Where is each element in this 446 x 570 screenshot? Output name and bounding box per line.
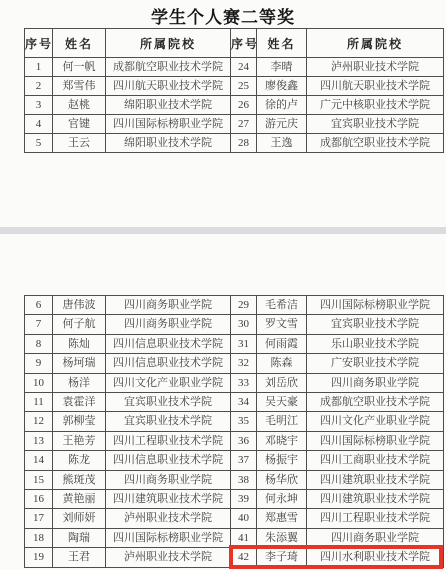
- name-cell: 王君: [53, 548, 106, 567]
- name-cell: 李晴: [257, 58, 307, 77]
- school-cell: 四川建筑职业技术学院: [307, 470, 444, 489]
- school-cell: 四川国际标榜职业学院: [307, 431, 444, 450]
- school-cell: 四川建筑职业技术学院: [106, 490, 231, 509]
- table-row: 3 赵桃 绵阳职业技术学院 26 徐的卢 广元中核职业技术学院: [25, 96, 444, 115]
- serial-number-cell: 4: [25, 115, 53, 134]
- school-cell: 绵阳职业技术学院: [106, 134, 231, 153]
- school-cell: 四川商务职业学院: [106, 296, 231, 315]
- name-cell: 郑雪伟: [53, 77, 106, 96]
- name-cell: 唐伟波: [53, 296, 106, 315]
- serial-number-cell: 11: [25, 393, 53, 412]
- header-school-left: 所属院校: [106, 29, 231, 58]
- name-cell: 熊斑茂: [53, 470, 106, 489]
- serial-number-cell: 7: [25, 315, 53, 334]
- school-cell: 四川商务职业学院: [106, 315, 231, 334]
- school-cell: 广安职业技术学院: [307, 354, 444, 373]
- name-cell: 徐的卢: [257, 96, 307, 115]
- school-cell: 四川信息职业技术学院: [106, 334, 231, 353]
- serial-number-cell: 42: [231, 548, 257, 567]
- school-cell: 绵阳职业技术学院: [106, 96, 231, 115]
- name-cell: 王逸: [257, 134, 307, 153]
- school-cell: 宜宾职业技术学院: [307, 315, 444, 334]
- table-body-page1: 1 何一帆 成都航空职业技术学院 24 李晴 泸州职业技术学院 2 郑雪伟 四川…: [25, 58, 444, 153]
- page-title: 学生个人赛二等奖: [0, 3, 446, 28]
- serial-number-cell: 27: [231, 115, 257, 134]
- school-cell: 泸州职业技术学院: [106, 509, 231, 528]
- serial-number-cell: 8: [25, 334, 53, 353]
- name-cell: 郭柳莹: [53, 412, 106, 431]
- serial-number-cell: 10: [25, 373, 53, 392]
- table-row: 7 何子航 四川商务职业学院 30 罗文雪 宜宾职业技术学院: [25, 315, 444, 334]
- school-cell: 四川水利职业技术学院: [307, 548, 444, 567]
- serial-number-cell: 13: [25, 431, 53, 450]
- school-cell: 四川建筑职业技术学院: [307, 490, 444, 509]
- school-cell: 四川商务职业学院: [307, 373, 444, 392]
- serial-number-cell: 29: [231, 296, 257, 315]
- header-name-right: 姓名: [257, 29, 307, 58]
- name-cell: 杨华欣: [257, 470, 307, 489]
- name-cell: 陈龙: [53, 451, 106, 470]
- serial-number-cell: 3: [25, 96, 53, 115]
- school-cell: 广元中核职业技术学院: [307, 96, 444, 115]
- serial-number-cell: 15: [25, 470, 53, 489]
- school-cell: 四川航天职业技术学院: [106, 77, 231, 96]
- serial-number-cell: 34: [231, 393, 257, 412]
- name-cell: 邓晓宇: [257, 431, 307, 450]
- school-cell: 四川文化产业职业学院: [106, 373, 231, 392]
- name-cell: 杨洋: [53, 373, 106, 392]
- name-cell: 陈森: [257, 354, 307, 373]
- name-cell: 吴天豪: [257, 393, 307, 412]
- serial-number-cell: 16: [25, 490, 53, 509]
- serial-number-cell: 32: [231, 354, 257, 373]
- school-cell: 泸州职业技术学院: [106, 548, 231, 567]
- name-cell: 罗文雪: [257, 315, 307, 334]
- name-cell: 何子航: [53, 315, 106, 334]
- name-cell: 何一帆: [53, 58, 106, 77]
- name-cell: 黄艳丽: [53, 490, 106, 509]
- serial-number-cell: 12: [25, 412, 53, 431]
- table-row: 2 郑雪伟 四川航天职业技术学院 25 廖俊鑫 四川航天职业技术学院: [25, 77, 444, 96]
- table-row: 17 刘师妍 泸州职业技术学院 40 郑惠雪 四川工程职业技术学院: [25, 509, 444, 528]
- page-separator: [0, 227, 446, 234]
- serial-number-cell: 38: [231, 470, 257, 489]
- name-cell: 何永坤: [257, 490, 307, 509]
- serial-number-cell: 26: [231, 96, 257, 115]
- serial-number-cell: 18: [25, 528, 53, 547]
- name-cell: 何雨霞: [257, 334, 307, 353]
- serial-number-cell: 19: [25, 548, 53, 567]
- table-row: 10 杨洋 四川文化产业职业学院 33 刘岳欣 四川商务职业学院: [25, 373, 444, 392]
- school-cell: 成都航空职业技术学院: [106, 58, 231, 77]
- school-cell: 四川商务职业学院: [307, 528, 444, 547]
- name-cell: 陶瑞: [53, 528, 106, 547]
- school-cell: 四川文化产业职业学院: [307, 412, 444, 431]
- name-cell: 游元庆: [257, 115, 307, 134]
- table-body-page2: 6 唐伟波 四川商务职业学院 29 毛希洁 四川国际标榜职业学院 7 何子航 四…: [25, 296, 444, 568]
- school-cell: 四川工程职业技术学院: [106, 431, 231, 450]
- school-cell: 四川国际标榜职业学院: [106, 115, 231, 134]
- serial-number-cell: 24: [231, 58, 257, 77]
- school-cell: 成都航空职业技术学院: [307, 393, 444, 412]
- name-cell: 毛希洁: [257, 296, 307, 315]
- name-cell: 陈灿: [53, 334, 106, 353]
- serial-number-cell: 40: [231, 509, 257, 528]
- school-cell: 泸州职业技术学院: [307, 58, 444, 77]
- table-row: 4 官键 四川国际标榜职业学院 27 游元庆 宜宾职业技术学院: [25, 115, 444, 134]
- name-cell: 刘岳欣: [257, 373, 307, 392]
- school-cell: 四川商务职业学院: [106, 470, 231, 489]
- table-row: 18 陶瑞 四川国际标榜职业学院 41 朱添翼 四川商务职业学院: [25, 528, 444, 547]
- header-name-left: 姓名: [53, 29, 106, 58]
- table-row: 15 熊斑茂 四川商务职业学院 38 杨华欣 四川建筑职业技术学院: [25, 470, 444, 489]
- school-cell: 四川国际标榜职业学院: [307, 296, 444, 315]
- school-cell: 成都航空职业技术学院: [307, 134, 444, 153]
- serial-number-cell: 17: [25, 509, 53, 528]
- name-cell: 朱添翼: [257, 528, 307, 547]
- serial-number-cell: 2: [25, 77, 53, 96]
- name-cell: 王云: [53, 134, 106, 153]
- table-row: 5 王云 绵阳职业技术学院 28 王逸 成都航空职业技术学院: [25, 134, 444, 153]
- school-cell: 宜宾职业技术学院: [307, 115, 444, 134]
- table-row: 12 郭柳莹 宜宾职业技术学院 35 毛明江 四川文化产业职业学院: [25, 412, 444, 431]
- serial-number-cell: 14: [25, 451, 53, 470]
- table-row: 13 王艳芳 四川工程职业技术学院 36 邓晓宇 四川国际标榜职业学院: [25, 431, 444, 450]
- school-cell: 宜宾职业技术学院: [106, 412, 231, 431]
- name-cell: 袁霍洋: [53, 393, 106, 412]
- name-cell: 官键: [53, 115, 106, 134]
- name-cell: 郑惠雪: [257, 509, 307, 528]
- school-cell: 四川国际标榜职业学院: [106, 528, 231, 547]
- school-cell: 四川航天职业技术学院: [307, 77, 444, 96]
- header-serial-number-right: 序号: [231, 29, 257, 58]
- serial-number-cell: 39: [231, 490, 257, 509]
- serial-number-cell: 30: [231, 315, 257, 334]
- table-row: 9 杨坷瑞 四川信息职业技术学院 32 陈森 广安职业技术学院: [25, 354, 444, 373]
- serial-number-cell: 6: [25, 296, 53, 315]
- serial-number-cell: 28: [231, 134, 257, 153]
- school-cell: 四川信息职业技术学院: [106, 451, 231, 470]
- serial-number-cell: 1: [25, 58, 53, 77]
- name-cell: 刘师妍: [53, 509, 106, 528]
- serial-number-cell: 35: [231, 412, 257, 431]
- school-cell: 四川工程职业技术学院: [307, 509, 444, 528]
- serial-number-cell: 31: [231, 334, 257, 353]
- serial-number-cell: 41: [231, 528, 257, 547]
- name-cell: 王艳芳: [53, 431, 106, 450]
- table-row: 16 黄艳丽 四川建筑职业技术学院 39 何永坤 四川建筑职业技术学院: [25, 490, 444, 509]
- serial-number-cell: 25: [231, 77, 257, 96]
- table-row: 1 何一帆 成都航空职业技术学院 24 李晴 泸州职业技术学院: [25, 58, 444, 77]
- table-row: 8 陈灿 四川信息职业技术学院 31 何雨霞 乐山职业技术学院: [25, 334, 444, 353]
- serial-number-cell: 37: [231, 451, 257, 470]
- school-cell: 四川工商职业技术学院: [307, 451, 444, 470]
- serial-number-cell: 9: [25, 354, 53, 373]
- header-school-right: 所属院校: [307, 29, 444, 58]
- table-header: 序号 姓名 所属院校 序号 姓名 所属院校: [25, 29, 444, 58]
- header-row: 序号 姓名 所属院校 序号 姓名 所属院校: [25, 29, 444, 58]
- serial-number-cell: 5: [25, 134, 53, 153]
- school-cell: 乐山职业技术学院: [307, 334, 444, 353]
- name-cell: 杨振宇: [257, 451, 307, 470]
- name-cell: 李子琦: [257, 548, 307, 567]
- table-row: 6 唐伟波 四川商务职业学院 29 毛希洁 四川国际标榜职业学院: [25, 296, 444, 315]
- name-cell: 毛明江: [257, 412, 307, 431]
- table-row: 11 袁霍洋 宜宾职业技术学院 34 吴天豪 成都航空职业技术学院: [25, 393, 444, 412]
- serial-number-cell: 36: [231, 431, 257, 450]
- school-cell: 四川信息职业技术学院: [106, 354, 231, 373]
- table-row: 14 陈龙 四川信息职业技术学院 37 杨振宇 四川工商职业技术学院: [25, 451, 444, 470]
- awards-table-page2: 6 唐伟波 四川商务职业学院 29 毛希洁 四川国际标榜职业学院 7 何子航 四…: [24, 295, 444, 568]
- name-cell: 杨坷瑞: [53, 354, 106, 373]
- school-cell: 宜宾职业技术学院: [106, 393, 231, 412]
- serial-number-cell: 33: [231, 373, 257, 392]
- table-row: 19 王君 泸州职业技术学院 42 李子琦 四川水利职业技术学院: [25, 548, 444, 567]
- name-cell: 廖俊鑫: [257, 77, 307, 96]
- header-serial-number-left: 序号: [25, 29, 53, 58]
- name-cell: 赵桃: [53, 96, 106, 115]
- awards-table-page1: 序号 姓名 所属院校 序号 姓名 所属院校 1 何一帆 成都航空职业技术学院 2…: [24, 28, 444, 153]
